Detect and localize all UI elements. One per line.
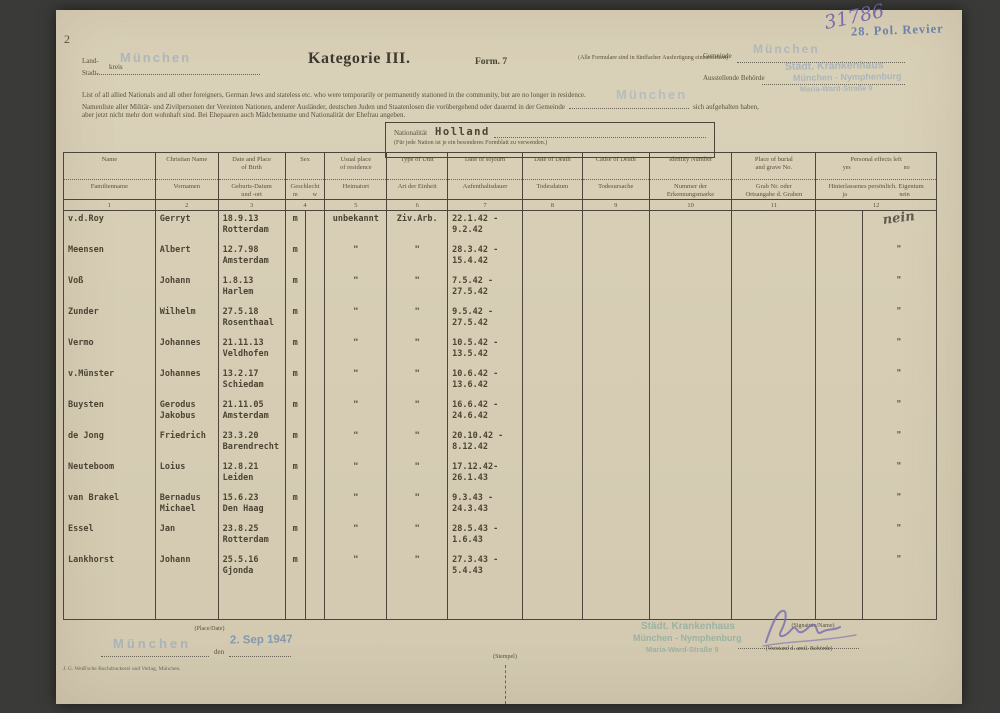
hospital-stamp-bottom-line3: Maria-Ward-Straße 9 [646, 645, 719, 654]
table-cell: de Jong [64, 428, 155, 459]
record-table: NameFamilienname1v.d.RoyMeensenVoßZunder… [63, 152, 937, 620]
gemeinde-label: Gemeinde [703, 52, 732, 61]
table-cell [732, 366, 815, 397]
table-cell [523, 273, 582, 304]
gemeinde-inline-stamp: München [616, 87, 687, 102]
table-cell: " [816, 397, 936, 428]
table-cell: " [325, 335, 386, 366]
column-header: 7 [448, 199, 522, 211]
landkreis-label: Land- [82, 57, 99, 66]
form-title: Kategorie III. [308, 50, 411, 68]
column-header: 6 [387, 199, 447, 211]
table-cell: " [816, 242, 936, 273]
column-5: Usual placeof residenceHeimatort5unbekan… [325, 153, 387, 619]
column-header: Geschlechtmw [286, 179, 325, 199]
table-cell [583, 366, 649, 397]
column-10: Identity NumberNummer derErkennungsmarke… [650, 153, 733, 619]
nationality-dotted-line [494, 129, 706, 138]
table-cell: " [325, 552, 386, 583]
table-cell: " [816, 459, 936, 490]
column-9: Cause of DeathTodesursache9 [583, 153, 650, 619]
column-header: Personal effects leftyesno [816, 153, 936, 179]
table-cell [650, 335, 732, 366]
column-header: Geburts-Datumund -ort [219, 179, 285, 199]
description-german-line2: aber jetzt nicht mehr dort wohnhaft sind… [82, 110, 405, 120]
table-cell [650, 366, 732, 397]
table-cell: " [816, 366, 936, 397]
form-number: Form. 7 [475, 57, 507, 67]
signature-ink [758, 606, 868, 650]
sex-subdivider [305, 211, 306, 619]
hospital-stamp-top-line2: München - Nymphenburg [793, 71, 902, 83]
column-header: Vornamen [156, 179, 218, 199]
table-cell: Lankhorst [64, 552, 155, 583]
table-cell [583, 490, 649, 521]
table-cell [583, 428, 649, 459]
table-cell: BernadusMichael [156, 490, 218, 521]
table-cell: " [387, 335, 447, 366]
column-1: NameFamilienname1v.d.RoyMeensenVoßZunder… [64, 153, 156, 619]
column-11: Place of burialand grave No.Grab Nr. ode… [732, 153, 816, 619]
table-cell: GerodusJakobus [156, 397, 218, 428]
table-cell: Essel [64, 521, 155, 552]
table-cell: " [816, 335, 936, 366]
table-cell: Johannes [156, 366, 218, 397]
table-cell: 17.12.42-26.1.43 [448, 459, 522, 490]
table-cell: " [816, 552, 936, 583]
table-cell: 1.8.13Harlem [219, 273, 285, 304]
table-cell [732, 211, 815, 242]
table-cell: 21.11.05Amsterdam [219, 397, 285, 428]
table-cell [650, 397, 732, 428]
nationality-label: Nationalität [394, 129, 427, 138]
table-cell: " [816, 490, 936, 521]
table-cell: Jan [156, 521, 218, 552]
table-cell: " [325, 242, 386, 273]
column-7: Date of sojournAufenthaltsdauer722.1.42 … [448, 153, 523, 619]
table-cell: " [387, 521, 447, 552]
column-header: 12 [816, 199, 936, 211]
table-cell: Loius [156, 459, 218, 490]
date-stamp: 2. Sep 1947 [230, 633, 293, 646]
table-cell: Meensen [64, 242, 155, 273]
column-8: Date of DeathTodesdatum8 [523, 153, 583, 619]
table-cell: " [387, 552, 447, 583]
table-cell [732, 335, 815, 366]
table-cell [732, 242, 815, 273]
table-cell [650, 428, 732, 459]
table-cell: Johannes [156, 335, 218, 366]
place-dotted-line [101, 648, 209, 657]
table-cell: 9.3.43 -24.3.43 [448, 490, 522, 521]
column-header: Christian Name [156, 153, 218, 179]
column-header: Date and Placeof Birth [219, 153, 285, 179]
table-cell: Gerryt [156, 211, 218, 242]
table-cell [583, 335, 649, 366]
table-cell: nein [816, 211, 936, 242]
table-cell: Buysten [64, 397, 155, 428]
table-cell [523, 521, 582, 552]
table-cell: 22.1.42 -9.2.42 [448, 211, 522, 242]
table-cell: 21.11.13Veldhofen [219, 335, 285, 366]
column-header: Identity Number [650, 153, 732, 179]
table-cell: " [387, 304, 447, 335]
table-cell: 13.2.17Schiedam [219, 366, 285, 397]
column-header: 4 [286, 199, 325, 211]
table-cell: " [325, 397, 386, 428]
column-header: Art der Einheit [387, 179, 447, 199]
table-cell: Zunder [64, 304, 155, 335]
column-header: Place of burialand grave No. [732, 153, 815, 179]
table-cell: " [387, 273, 447, 304]
table-cell: Vermo [64, 335, 155, 366]
description-english: List of all allied Nationals and all oth… [82, 90, 586, 100]
table-cell: van Brakel [64, 490, 155, 521]
form-paper: 2 Land- Stadt- kreis München Kategorie I… [56, 10, 962, 704]
column-4: SexGeschlechtmw4mmmmmmmmmmmm [286, 153, 326, 619]
column-header: Aufenthaltsdauer [448, 179, 522, 199]
table-cell [650, 304, 732, 335]
column-header: Cause of Death [583, 153, 649, 179]
table-cell [523, 459, 582, 490]
column-header: Sex [286, 153, 325, 179]
column-6: Type of UnitArt der Einheit6Ziv.Arb.""""… [387, 153, 448, 619]
table-cell [523, 490, 582, 521]
stempel-caption: (Stempel) [474, 654, 536, 661]
table-cell: 12.8.21Leiden [219, 459, 285, 490]
table-cell: " [387, 459, 447, 490]
table-cell [732, 304, 815, 335]
table-cell [732, 521, 815, 552]
table-cell [732, 273, 815, 304]
table-cell: 25.5.16Gjonda [219, 552, 285, 583]
table-cell: " [387, 397, 447, 428]
table-cell [523, 552, 582, 583]
column-header: 11 [732, 199, 815, 211]
column-header: Type of Unit [387, 153, 447, 179]
table-cell [650, 211, 732, 242]
table-cell: 10.6.42 -13.6.42 [448, 366, 522, 397]
table-cell [732, 428, 815, 459]
table-cell: 27.3.43 -5.4.43 [448, 552, 522, 583]
table-cell [523, 366, 582, 397]
table-cell [523, 242, 582, 273]
table-cell [732, 490, 815, 521]
table-cell: Johann [156, 552, 218, 583]
table-cell [583, 552, 649, 583]
column-header: Nummer derErkennungsmarke [650, 179, 732, 199]
table-cell: 23.3.20Barendrecht [219, 428, 285, 459]
table-cell: 15.6.23Den Haag [219, 490, 285, 521]
table-cell: Voß [64, 273, 155, 304]
column-12: Personal effects leftyesnoHinterlassenes… [816, 153, 936, 619]
column-header: Date of Death [523, 153, 582, 179]
table-cell: Johann [156, 273, 218, 304]
table-cell [650, 552, 732, 583]
date-dotted-line [229, 648, 291, 657]
table-cell [523, 304, 582, 335]
column-header: 1 [64, 199, 155, 211]
column-header: Hinterlassenes persönlich. Eigentumjanei… [816, 179, 936, 199]
table-cell: 18.9.13Rotterdam [219, 211, 285, 242]
table-cell: 23.8.25Rotterdam [219, 521, 285, 552]
column-header: 8 [523, 199, 582, 211]
table-cell: " [325, 490, 386, 521]
table-cell: " [387, 490, 447, 521]
effects-subdivider [862, 211, 863, 619]
table-cell: 28.3.42 -15.4.42 [448, 242, 522, 273]
table-cell [732, 459, 815, 490]
table-cell: Ziv.Arb. [387, 211, 447, 242]
column-header: Name [64, 153, 155, 179]
column-header: Date of sojourn [448, 153, 522, 179]
column-header: 5 [325, 199, 386, 211]
table-cell [583, 459, 649, 490]
table-cell: 20.10.42 -8.12.42 [448, 428, 522, 459]
table-cell: 28.5.43 -1.6.43 [448, 521, 522, 552]
table-cell: " [387, 366, 447, 397]
hospital-stamp-top-line3: Maria-Ward-Straße 9 [800, 83, 873, 93]
table-cell: " [816, 304, 936, 335]
table-cell: Albert [156, 242, 218, 273]
kreis-value-stamp: München [120, 50, 191, 65]
column-header: 2 [156, 199, 218, 211]
page-number: 2 [64, 32, 70, 47]
column-header: Familienname [64, 179, 155, 199]
table-cell [523, 428, 582, 459]
column-header: Todesursache [583, 179, 649, 199]
table-cell [583, 211, 649, 242]
column-header: 10 [650, 199, 732, 211]
table-cell [523, 397, 582, 428]
table-cell: 12.7.98Amsterdam [219, 242, 285, 273]
scanned-document-page: 2 Land- Stadt- kreis München Kategorie I… [0, 0, 1000, 713]
description-german-text2: sich aufgehalten haben, [693, 103, 759, 111]
table-cell: " [325, 304, 386, 335]
column-header: Usual placeof residence [325, 153, 386, 179]
den-label: den [214, 648, 224, 657]
table-cell [523, 211, 582, 242]
table-cell: " [387, 428, 447, 459]
column-header: 3 [219, 199, 285, 211]
hospital-stamp-bottom-line1: Städt. Krankenhaus [641, 621, 735, 632]
table-cell [583, 397, 649, 428]
table-cell [732, 397, 815, 428]
table-cell: Friedrich [156, 428, 218, 459]
table-cell: Neuteboom [64, 459, 155, 490]
table-cell: 27.5.18Rosenthaal [219, 304, 285, 335]
table-cell: " [325, 273, 386, 304]
table-cell [583, 304, 649, 335]
table-cell: " [325, 459, 386, 490]
column-header: Heimatort [325, 179, 386, 199]
behoerde-label: Ausstellende Behörde [703, 74, 765, 83]
column-header: 9 [583, 199, 649, 211]
table-cell: 9.5.42 -27.5.42 [448, 304, 522, 335]
table-cell: Wilhelm [156, 304, 218, 335]
table-cell: " [387, 242, 447, 273]
table-cell [650, 490, 732, 521]
table-cell: " [816, 428, 936, 459]
column-2: Christian NameVornamen2GerrytAlbertJohan… [156, 153, 219, 619]
table-cell: " [325, 366, 386, 397]
table-cell: " [325, 428, 386, 459]
table-cell [523, 335, 582, 366]
table-cell: v.d.Roy [64, 211, 155, 242]
nationality-note: (Für jede Nation ist je ein besonderes F… [394, 140, 706, 147]
table-cell: " [816, 273, 936, 304]
printer-imprint: J. G. Weiß'sche Buchdruckerei und Verlag… [63, 666, 181, 672]
table-cell [650, 459, 732, 490]
table-cell: 7.5.42 -27.5.42 [448, 273, 522, 304]
table-cell: unbekannt [325, 211, 386, 242]
place-date-caption: (Place/Date) [162, 626, 257, 633]
table-cell [650, 242, 732, 273]
table-cell [583, 242, 649, 273]
table-cell: v.Münster [64, 366, 155, 397]
table-cell [650, 521, 732, 552]
table-cell [583, 521, 649, 552]
table-cell: 10.5.42 -13.5.42 [448, 335, 522, 366]
table-cell [732, 552, 815, 583]
table-cell: " [325, 521, 386, 552]
table-cell [650, 273, 732, 304]
nationality-value: Holland [435, 126, 490, 138]
table-cell: 16.6.42 -24.6.42 [448, 397, 522, 428]
kreis-dotted-line [95, 66, 260, 75]
center-fold-line [505, 665, 506, 704]
table-cell: " [816, 521, 936, 552]
column-header: Grab Nr. oderOrtsangabe d. Graben [732, 179, 815, 199]
column-3: Date and Placeof BirthGeburts-Datumund -… [219, 153, 286, 619]
table-cell [583, 273, 649, 304]
hospital-stamp-bottom-line2: München - Nymphenburg [633, 633, 742, 643]
column-header: Todesdatum [523, 179, 582, 199]
